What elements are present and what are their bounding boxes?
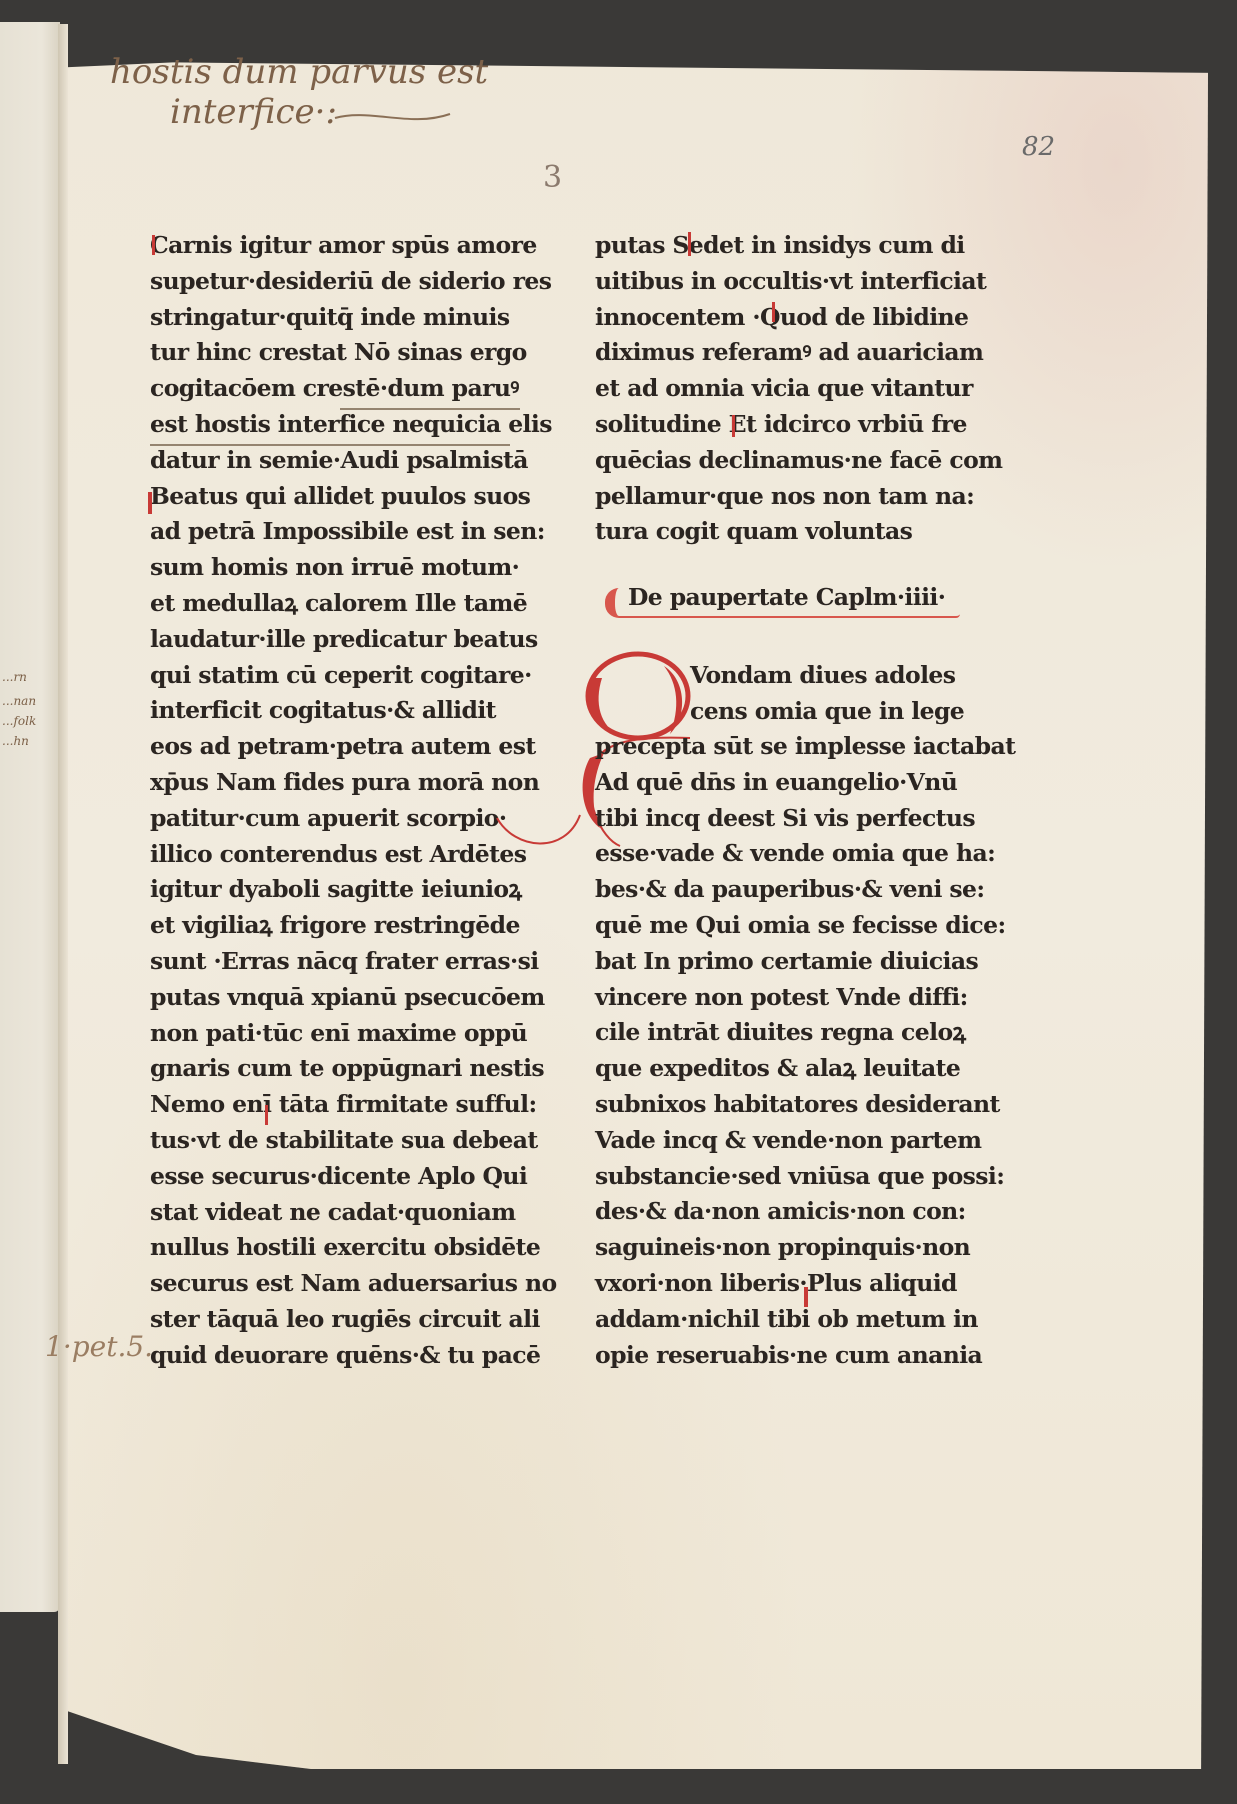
- text-line: bes·& da pauperibus·& veni se:: [595, 872, 1015, 908]
- text-line: Carnis igitur amor spūs amore: [150, 228, 520, 264]
- text-line: innocentem ·Quod de libidine: [595, 300, 965, 336]
- text-line: que expeditos & alaꝝ leuitate: [595, 1051, 1015, 1087]
- text-line: esse securus·dicente Aplo Qui: [150, 1159, 520, 1195]
- rubric-stroke: [148, 492, 152, 514]
- text-line: tibi incq deest Si vis perfectus: [595, 801, 1015, 837]
- text-line: sunt ·Erras nācq frater erras·si: [150, 944, 520, 980]
- chapter-text-indented: Vondam diues adoles cens omia que in leg…: [690, 658, 964, 730]
- text-line: xp̄us Nam fides pura morā non: [150, 765, 520, 801]
- manuscript-note-top-line2: interfice·:: [170, 92, 337, 132]
- text-line: cogitacōem crestē·dum paruꝰ: [150, 371, 520, 407]
- text-line: eos ad petram·petra autem est: [150, 729, 520, 765]
- text-line: stringatur·quitq̄ inde minuis: [150, 300, 520, 336]
- text-line: quē me Qui omia se fecisse dice:: [595, 908, 1015, 944]
- text-line: gnaris cum te oppūgnari nestis: [150, 1051, 520, 1087]
- folio-number: 3: [543, 160, 562, 195]
- text-line: ad petrā Impossibile est in sen:: [150, 514, 520, 550]
- text-line: cens omia que in lege: [690, 694, 964, 730]
- text-line: nullus hostili exercitu obsidēte: [150, 1230, 520, 1266]
- text-line: cile intrāt diuites regna celoꝝ: [595, 1015, 1015, 1051]
- rubric-stroke: [688, 232, 691, 256]
- text-line: tus·vt de stabilitate sua debeat: [150, 1123, 520, 1159]
- text-line: substancie·sed vniūsa que possi:: [595, 1159, 1015, 1195]
- text-line: uitibus in occultis·vt interficiat: [595, 264, 965, 300]
- rubric-stroke: [732, 415, 735, 437]
- manuscript-note-top-line1: hostis dum parvus est: [110, 52, 488, 92]
- text-line: bat In primo certamie diuicias: [595, 944, 1015, 980]
- pencil-folio-number: 82: [1022, 132, 1055, 162]
- text-column-left: Carnis igitur amor spūs amore supetur·de…: [150, 228, 520, 1374]
- text-line: laudatur·ille predicatur beatus: [150, 622, 520, 658]
- facing-leaf-note: ...hn: [2, 734, 29, 749]
- rubric-stroke: [265, 1105, 268, 1125]
- chapter-text: precepta sūt se implesse iactabat Ad quē…: [595, 729, 1015, 1373]
- text-line: vincere non potest Vnde diffi:: [595, 980, 1015, 1016]
- text-line: patitur·cum apuerit scorpio·: [150, 801, 520, 837]
- facing-leaf-note: ...folk: [2, 714, 36, 729]
- rubric-stroke: [152, 235, 155, 255]
- binding-gutter: [58, 24, 68, 1764]
- text-line: opie reseruabis·ne cum anania: [595, 1338, 1015, 1374]
- initial-flourish-tail-icon: [495, 810, 585, 860]
- text-line: et vigiliaꝝ frigore restringēde: [150, 908, 520, 944]
- text-line: est hostis interfice nequicia elis: [150, 407, 520, 443]
- text-line: illico conterendus est Ardētes: [150, 837, 520, 873]
- text-line: datur in semie·Audi psalmistā: [150, 443, 520, 479]
- text-line: Vondam diues adoles: [690, 658, 964, 694]
- text-line: precepta sūt se implesse iactabat: [595, 729, 1015, 765]
- text-line: Vade incq & vende·non partem: [595, 1123, 1015, 1159]
- text-line: supetur·desideriū de siderio res: [150, 264, 520, 300]
- text-line: putas vnquā xpianū psecucōem: [150, 980, 520, 1016]
- facing-leaf-edge: ...rn ...nan ...folk ...hn: [0, 22, 60, 1612]
- text-line: quid deuorare quēns·& tu pacē: [150, 1338, 520, 1374]
- facing-leaf-note: ...rn: [2, 670, 27, 685]
- text-line: quēcias declinamus·ne facē com: [595, 443, 965, 479]
- text-line: des·& da·non amicis·non con:: [595, 1194, 1015, 1230]
- margin-reference-note: 1·pet.5.: [45, 1330, 153, 1363]
- text-line: addam·nichil tibi ob metum in: [595, 1302, 1015, 1338]
- text-line: sum homis non irruē motum·: [150, 550, 520, 586]
- text-line: stat videat ne cadat·quoniam: [150, 1195, 520, 1231]
- text-line: subnixos habitatores desiderant: [595, 1087, 1015, 1123]
- text-line: Nemo enī tāta firmitate sufful:: [150, 1087, 520, 1123]
- text-line: saguineis·non propinquis·non: [595, 1230, 1015, 1266]
- rubric-stroke: [804, 1287, 808, 1307]
- text-line: Ad quē dn̄s in euangelio·Vnū: [595, 765, 1015, 801]
- text-line: igitur dyaboli sagitte ieiunioꝝ: [150, 872, 520, 908]
- text-line: Beatus qui allidet puulos suos: [150, 479, 520, 515]
- text-line: securus est Nam aduersarius no: [150, 1266, 520, 1302]
- text-line: interficit cogitatus·& allidit: [150, 693, 520, 729]
- text-line: solitudine Et idcirco vrbiū fre: [595, 407, 965, 443]
- text-line: et medullaꝝ calorem Ille tamē: [150, 586, 520, 622]
- text-line: esse·vade & vende omia que ha:: [595, 836, 1015, 872]
- text-line: putas Sedet in insidys cum di: [595, 228, 965, 264]
- text-column-right: putas Sedet in insidys cum di uitibus in…: [595, 228, 965, 550]
- text-line: non pati·tūc enī maxime oppū: [150, 1016, 520, 1052]
- text-line: et ad omnia vicia que vitantur: [595, 371, 965, 407]
- facing-leaf-note: ...nan: [2, 694, 36, 709]
- text-line: ster tāquā leo rugiēs circuit ali: [150, 1302, 520, 1338]
- text-line: tur hinc crestat Nō sinas ergo: [150, 335, 520, 371]
- flourish-icon: [330, 100, 460, 130]
- chapter-heading: De paupertate Caplm·iiii·: [628, 583, 945, 611]
- text-line: diximus referamꝰ ad auariciam: [595, 335, 965, 371]
- text-line: qui statim cū ceperit cogitare·: [150, 658, 520, 694]
- text-line: tura cogit quam voluntas: [595, 514, 965, 550]
- rubric-stroke: [772, 302, 775, 322]
- text-line: pellamur·que nos non tam na:: [595, 479, 965, 515]
